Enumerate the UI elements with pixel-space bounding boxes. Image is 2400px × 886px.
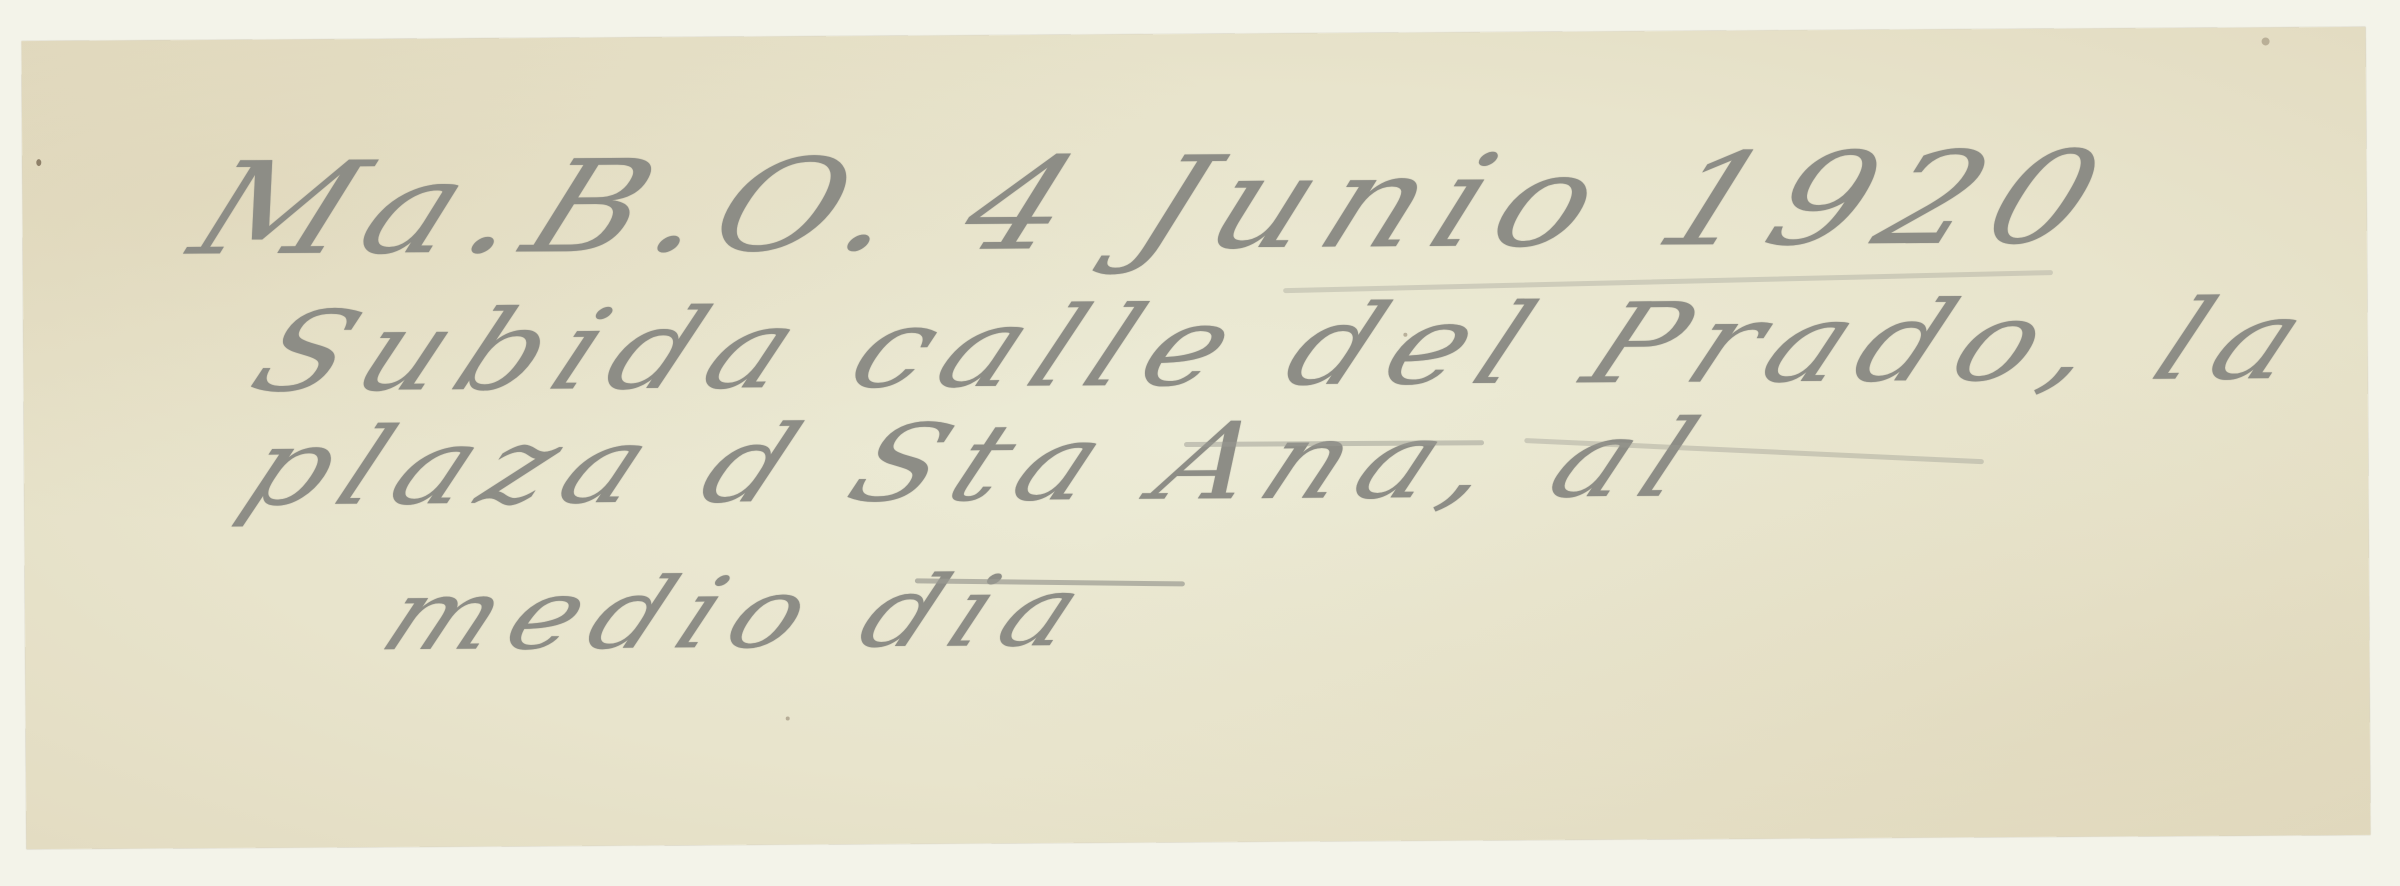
- ink-spot: [36, 159, 41, 166]
- ink-spot: [786, 716, 790, 720]
- handwritten-line-1: Ma.B.O. 4 Junio 1920: [173, 124, 2134, 284]
- handwritten-line-3: plaza d Sta Ana, al: [225, 397, 1729, 529]
- ink-spot: [2262, 37, 2270, 45]
- handwritten-line-2: Subida calle del Prado, la: [234, 275, 2339, 417]
- handwritten-line-4: medio dia: [365, 555, 1113, 673]
- paper-sheet: Ma.B.O. 4 Junio 1920 Subida calle del Pr…: [22, 27, 2371, 849]
